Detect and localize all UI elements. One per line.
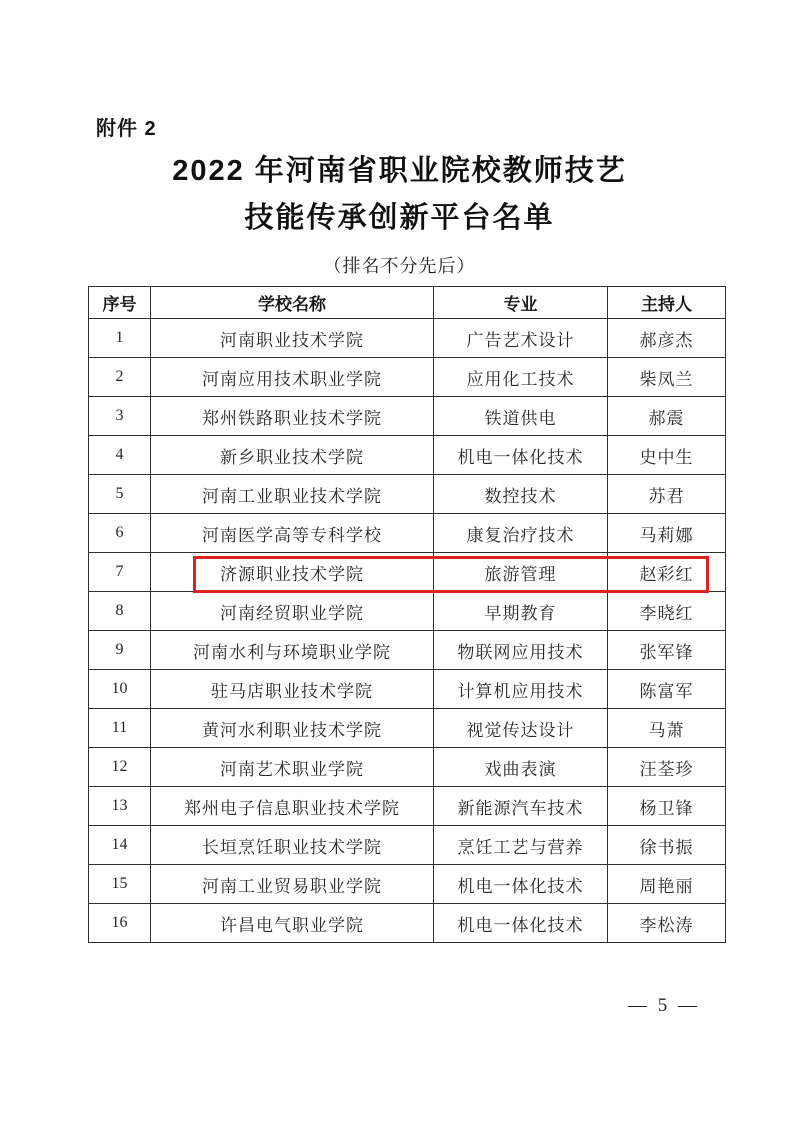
cell-index: 5: [89, 475, 151, 514]
cell-host: 郝彦杰: [608, 319, 726, 358]
cell-index: 2: [89, 358, 151, 397]
cell-major: 机电一体化技术: [434, 865, 608, 904]
cell-index: 16: [89, 904, 151, 943]
cell-major: 戏曲表演: [434, 748, 608, 787]
table-row: 11黄河水利职业技术学院视觉传达设计马萧: [89, 709, 726, 748]
cell-school: 许昌电气职业学院: [151, 904, 434, 943]
cell-host: 郝震: [608, 397, 726, 436]
table-body: 1河南职业技术学院广告艺术设计郝彦杰2河南应用技术职业学院应用化工技术柴凤兰3郑…: [89, 319, 726, 943]
table-row: 8河南经贸职业学院早期教育李晓红: [89, 592, 726, 631]
page-subtitle: （排名不分先后）: [0, 252, 799, 278]
cell-major: 铁道供电: [434, 397, 608, 436]
header-school: 学校名称: [151, 287, 434, 319]
cell-host: 赵彩红: [608, 553, 726, 592]
cell-host: 周艳丽: [608, 865, 726, 904]
table-header-row: 序号 学校名称 专业 主持人: [89, 287, 726, 319]
cell-school: 河南工业贸易职业学院: [151, 865, 434, 904]
cell-host: 张军锋: [608, 631, 726, 670]
table-row: 2河南应用技术职业学院应用化工技术柴凤兰: [89, 358, 726, 397]
cell-index: 11: [89, 709, 151, 748]
table-row: 6河南医学高等专科学校康复治疗技术马莉娜: [89, 514, 726, 553]
table-row: 13郑州电子信息职业技术学院新能源汽车技术杨卫锋: [89, 787, 726, 826]
cell-index: 6: [89, 514, 151, 553]
cell-host: 史中生: [608, 436, 726, 475]
cell-major: 机电一体化技术: [434, 904, 608, 943]
page-title: 2022 年河南省职业院校教师技艺 技能传承创新平台名单: [0, 148, 799, 242]
table-header: 序号 学校名称 专业 主持人: [89, 287, 726, 319]
cell-major: 烹饪工艺与营养: [434, 826, 608, 865]
cell-host: 马萧: [608, 709, 726, 748]
cell-major: 物联网应用技术: [434, 631, 608, 670]
cell-school: 河南医学高等专科学校: [151, 514, 434, 553]
page-title-line1: 2022 年河南省职业院校教师技艺: [0, 148, 799, 195]
header-host: 主持人: [608, 287, 726, 319]
attachment-label: 附件 2: [96, 112, 157, 141]
cell-index: 1: [89, 319, 151, 358]
cell-host: 徐书振: [608, 826, 726, 865]
cell-host: 柴凤兰: [608, 358, 726, 397]
cell-index: 12: [89, 748, 151, 787]
cell-school: 新乡职业技术学院: [151, 436, 434, 475]
cell-school: 黄河水利职业技术学院: [151, 709, 434, 748]
cell-index: 4: [89, 436, 151, 475]
cell-school: 济源职业技术学院: [151, 553, 434, 592]
cell-major: 新能源汽车技术: [434, 787, 608, 826]
document-page: 附件 2 2022 年河南省职业院校教师技艺 技能传承创新平台名单 （排名不分先…: [0, 0, 799, 1131]
cell-major: 康复治疗技术: [434, 514, 608, 553]
table-row: 10驻马店职业技术学院计算机应用技术陈富军: [89, 670, 726, 709]
cell-host: 汪荃珍: [608, 748, 726, 787]
cell-school: 河南艺术职业学院: [151, 748, 434, 787]
cell-host: 马莉娜: [608, 514, 726, 553]
cell-major: 广告艺术设计: [434, 319, 608, 358]
cell-index: 13: [89, 787, 151, 826]
cell-school: 驻马店职业技术学院: [151, 670, 434, 709]
cell-major: 视觉传达设计: [434, 709, 608, 748]
cell-school: 河南水利与环境职业学院: [151, 631, 434, 670]
cell-school: 长垣烹饪职业技术学院: [151, 826, 434, 865]
page-title-line2: 技能传承创新平台名单: [0, 195, 799, 242]
cell-index: 7: [89, 553, 151, 592]
cell-host: 苏君: [608, 475, 726, 514]
cell-host: 杨卫锋: [608, 787, 726, 826]
cell-school: 河南职业技术学院: [151, 319, 434, 358]
cell-host: 陈富军: [608, 670, 726, 709]
cell-index: 15: [89, 865, 151, 904]
cell-host: 李晓红: [608, 592, 726, 631]
cell-school: 郑州铁路职业技术学院: [151, 397, 434, 436]
platform-list-table: 序号 学校名称 专业 主持人 1河南职业技术学院广告艺术设计郝彦杰2河南应用技术…: [88, 286, 726, 943]
header-index: 序号: [89, 287, 151, 319]
cell-major: 旅游管理: [434, 553, 608, 592]
cell-major: 计算机应用技术: [434, 670, 608, 709]
table-row: 5河南工业职业技术学院数控技术苏君: [89, 475, 726, 514]
cell-school: 郑州电子信息职业技术学院: [151, 787, 434, 826]
table-row: 4新乡职业技术学院机电一体化技术史中生: [89, 436, 726, 475]
page-number: — 5 —: [628, 995, 700, 1017]
cell-school: 河南经贸职业学院: [151, 592, 434, 631]
cell-major: 应用化工技术: [434, 358, 608, 397]
cell-index: 9: [89, 631, 151, 670]
table-row: 7济源职业技术学院旅游管理赵彩红: [89, 553, 726, 592]
cell-school: 河南应用技术职业学院: [151, 358, 434, 397]
table-row: 16许昌电气职业学院机电一体化技术李松涛: [89, 904, 726, 943]
table-row: 14长垣烹饪职业技术学院烹饪工艺与营养徐书振: [89, 826, 726, 865]
cell-host: 李松涛: [608, 904, 726, 943]
cell-major: 机电一体化技术: [434, 436, 608, 475]
table-row: 15河南工业贸易职业学院机电一体化技术周艳丽: [89, 865, 726, 904]
cell-major: 数控技术: [434, 475, 608, 514]
cell-index: 10: [89, 670, 151, 709]
header-major: 专业: [434, 287, 608, 319]
cell-index: 3: [89, 397, 151, 436]
cell-index: 14: [89, 826, 151, 865]
cell-major: 早期教育: [434, 592, 608, 631]
cell-index: 8: [89, 592, 151, 631]
table-row: 12河南艺术职业学院戏曲表演汪荃珍: [89, 748, 726, 787]
cell-school: 河南工业职业技术学院: [151, 475, 434, 514]
table-row: 3郑州铁路职业技术学院铁道供电郝震: [89, 397, 726, 436]
table-row: 1河南职业技术学院广告艺术设计郝彦杰: [89, 319, 726, 358]
table-row: 9河南水利与环境职业学院物联网应用技术张军锋: [89, 631, 726, 670]
